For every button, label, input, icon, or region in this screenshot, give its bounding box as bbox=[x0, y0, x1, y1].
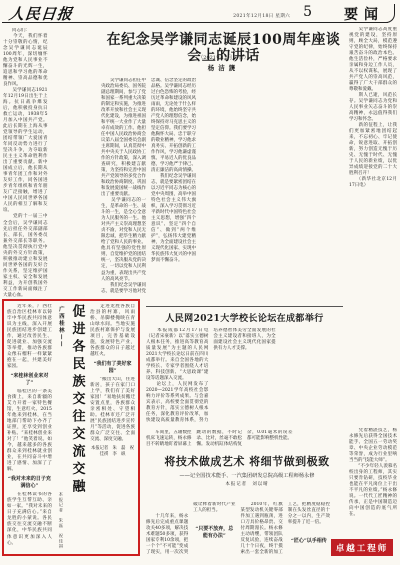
engineer-headline: 将技术做成艺术 将细节做到极致 bbox=[148, 453, 346, 469]
guilin-body-2b: “搬出大山，住进新居，孩子在家门口上学，我们有了美好家园！”易地扶贫搬迁安置点里… bbox=[90, 377, 135, 443]
series-badge: 卓越工程师 bbox=[331, 539, 393, 556]
guilin-intro: 近年来，广西壮族自治区桂林市以铸牢中华民族共同体意识为主线，深入开展民族团结进步… bbox=[7, 304, 52, 370]
engineer-lead-text: 车间里，五轴数控机床飞速运转，杨永修目不转睛地盯着屏幕上跳动的数据，不时记录、比… bbox=[146, 430, 343, 451]
guilin-headline-meta: 广西桂林—— 本报记者 朱磊 祝佳祺 bbox=[55, 304, 67, 551]
speech-right-column: 吴学谦同志高度重视党的建设，坚持原则，顾全大局，模范遵守党的纪律，始终保持艰苦奋… bbox=[349, 27, 397, 425]
header-date: 2021年12月18日 星期六 bbox=[233, 13, 290, 19]
speech-body-text: 吴学谦同志高度重视党的建设，坚持原则，顾全大局，模范遵守党的纪律，始终保持艰苦奋… bbox=[349, 27, 397, 425]
guilin-vertical-byline: 本报记者 朱磊 祝佳祺 bbox=[58, 492, 64, 549]
newspaper-page: 人民日报 2021年12月18日 星期六 5 要闻 在纪念吴学谦同志诞辰100周… bbox=[0, 0, 400, 565]
header-section-label: 要闻 bbox=[344, 4, 384, 24]
engineer-headline-block: 将技术做成艺术 将细节做到极致 ——记全国技术能手、一汽集团研发总院高级工程师杨… bbox=[148, 453, 346, 487]
header-rule bbox=[2, 22, 388, 23]
engineer-body-b: 2010年，红旗某型发动机关键零部件加工遇到瓶颈，进口刀具价格昂贵、交付周期漫长… bbox=[241, 502, 331, 560]
engineer-lead-columns: 车间里，五轴数控机床飞速运转，杨永修目不转睛地盯着屏幕上跳动的数据，不时记录、比… bbox=[146, 430, 343, 451]
guilin-body-2a: 走进龙胜各族自治县的村寨，风雨桥、吊脚楼掩映在青山绿水间。当地实施民族村寨保护与… bbox=[90, 304, 135, 358]
guilin-left-column: 近年来，广西壮族自治区桂林市以铸牢中华民族共同体意识为主线，深入开展民族团结进步… bbox=[7, 304, 52, 551]
engineer-byline: 本报记者 刘以晴 bbox=[148, 481, 346, 487]
masthead-logo: 人民日报 bbox=[8, 3, 74, 24]
guilin-body-1: 临桂区的一条美食街上，来自新疆的艾力开着一家特色餐馆，生意红火。2015年他来到… bbox=[7, 389, 52, 473]
guilin-article-box: 近年来，广西壮族自治区桂林市以铸牢中华民族共同体意识为主线，深入开展民族团结进步… bbox=[2, 299, 140, 556]
engineer-subtitle: ——记全国技术能手、一汽集团研发总院高级工程师杨永修 bbox=[148, 472, 346, 479]
guilin-kicker: 广西桂林—— bbox=[57, 306, 65, 348]
guilin-byline: 本报记者 朱 磊 祝佳祺 李 纵 bbox=[90, 445, 135, 457]
forum-body-text: 本报成都12月17日电 （记者宋豪新）以“落实立德树人根本任务，推进高等教育高质… bbox=[146, 328, 343, 426]
header-page-number: 5 bbox=[303, 4, 312, 20]
guilin-right-column: 走进龙胜各族自治县的村寨，风雨桥、吊脚楼掩映在青山绿水间。当地实施民族村寨保护与… bbox=[90, 304, 135, 551]
forum-divider bbox=[146, 306, 343, 307]
guilin-vertical-title: 促进各民族交往交流交融 bbox=[67, 304, 86, 551]
speech-body-text: 吴学谦同志担任中央政治局委员、国务院副总理期间，参与了党和国家一系列重大决策的制… bbox=[101, 78, 346, 299]
speech-left-columns: 同志们： 今天，我们怀着十分崇敬的心情，纪念吴学谦同志诞辰100周年，深切缅怀他… bbox=[3, 28, 97, 299]
engineer-right-column: 凭着精湛技艺，杨永修先后获得全国技术能手、全国五一劳动奖章、中央企业劳动模范等荣… bbox=[349, 428, 397, 534]
guilin-vertical-headline-strip: 广西桂林—— 本报记者 朱磊 祝佳祺 促进各民族交往交流交融 bbox=[55, 304, 87, 551]
forum-article: 人民网2021大学校长论坛在成都举行 本报成都12月17日电 （记者宋豪新）以“… bbox=[146, 306, 343, 428]
guilin-body-3: 在桂林读书的各族学生互帮互助、亲如一家。“我对未来的日子充满信心。”来自龙胜的小… bbox=[7, 492, 52, 546]
engineer-subhead-1: “只要不放弃，总能有办法” bbox=[193, 526, 235, 539]
speech-dateline: （2021年12月17日） bbox=[100, 54, 347, 61]
speech-body-text: 同志们： 今天，我们怀着十分崇敬的心情，纪念吴学谦同志诞辰100周年，深切缅怀他… bbox=[3, 28, 97, 299]
guilin-subhead-1: “来桂林创业来对了” bbox=[7, 373, 52, 386]
guilin-subhead-2: “我们有了美好家园” bbox=[90, 361, 135, 374]
engineer-body-columns: 十几年来，杨永修先后完成重点课题攻关40多项，解决技术难题50多项，获得国家专利… bbox=[146, 502, 330, 560]
speech-center-columns: 吴学谦同志担任中央政治局委员、国务院副总理期间，参与了党和国家一系列重大决策的制… bbox=[101, 78, 346, 299]
engineer-body-text: 十几年来，杨永修先后完成重点课题攻关40多项，解决技术难题50多项，获得国家专利… bbox=[146, 502, 330, 560]
engineer-right-text: 凭着精湛技艺，杨永修先后获得全国技术能手、全国五一劳动奖章、中央企业劳动模范等荣… bbox=[349, 428, 397, 534]
header-corner-ornament bbox=[385, 4, 395, 23]
speech-author: 杨洁篪 bbox=[100, 63, 347, 72]
guilin-subhead-3: “我对未来的日子充满信心” bbox=[7, 476, 52, 489]
forum-headline: 人民网2021大学校长论坛在成都举行 bbox=[146, 311, 343, 324]
engineer-subhead-2: “匠心”以手相传 bbox=[288, 538, 330, 545]
